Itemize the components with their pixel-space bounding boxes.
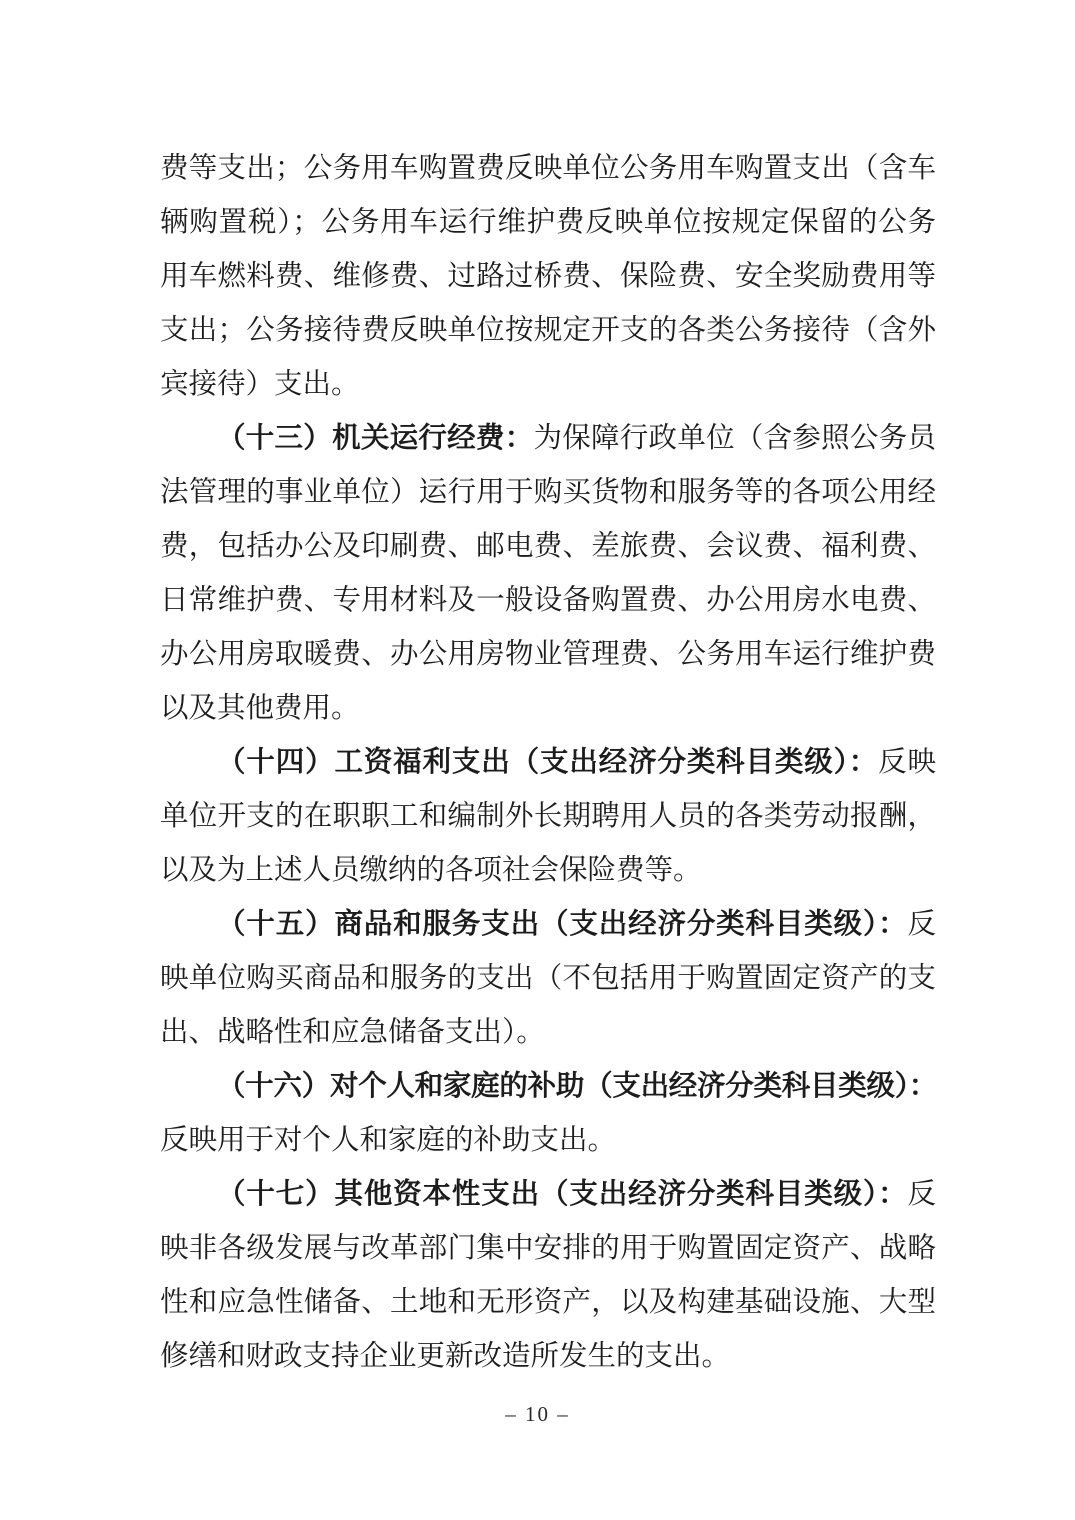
paragraph-heading: （十四）工资福利支出（支出经济分类科目类级）： <box>217 747 878 778</box>
paragraph: 费等支出；公务用车购置费反映单位公务用车购置支出（含车辆购置税）；公务用车运行维… <box>160 142 936 412</box>
paragraph-heading: （十五）商品和服务支出（支出经济分类科目类级）： <box>217 909 907 940</box>
paragraph: （十四）工资福利支出（支出经济分类科目类级）：反映单位开支的在职职工和编制外长期… <box>160 736 936 898</box>
paragraph: （十五）商品和服务支出（支出经济分类科目类级）：反映单位购买商品和服务的支出（不… <box>160 898 936 1060</box>
paragraph-text: 费等支出；公务用车购置费反映单位公务用车购置支出（含车辆购置税）；公务用车运行维… <box>160 153 936 400</box>
paragraph-text: 为保障行政单位（含参照公务员法管理的事业单位）运行用于购买货物和服务等的各项公用… <box>160 423 936 724</box>
paragraph-heading: （十三）机关运行经费： <box>217 423 533 454</box>
paragraph-text: 反映用于对个人和家庭的补助支出。 <box>160 1125 616 1156</box>
paragraph: （十六）对个人和家庭的补助（支出经济分类科目类级）：反映用于对个人和家庭的补助支… <box>160 1060 936 1168</box>
document-page: 费等支出；公务用车购置费反映单位公务用车购置支出（含车辆购置税）；公务用车运行维… <box>0 0 1075 1520</box>
paragraph-heading: （十六）对个人和家庭的补助（支出经济分类科目类级）： <box>217 1071 936 1102</box>
document-body: 费等支出；公务用车购置费反映单位公务用车购置支出（含车辆购置税）；公务用车运行维… <box>160 142 936 1384</box>
page-number: – 10 – <box>0 1402 1075 1427</box>
paragraph: （十三）机关运行经费：为保障行政单位（含参照公务员法管理的事业单位）运行用于购买… <box>160 412 936 736</box>
paragraph: （十七）其他资本性支出（支出经济分类科目类级）：反映非各级发展与改革部门集中安排… <box>160 1168 936 1384</box>
paragraph-heading: （十七）其他资本性支出（支出经济分类科目类级）： <box>217 1179 907 1210</box>
